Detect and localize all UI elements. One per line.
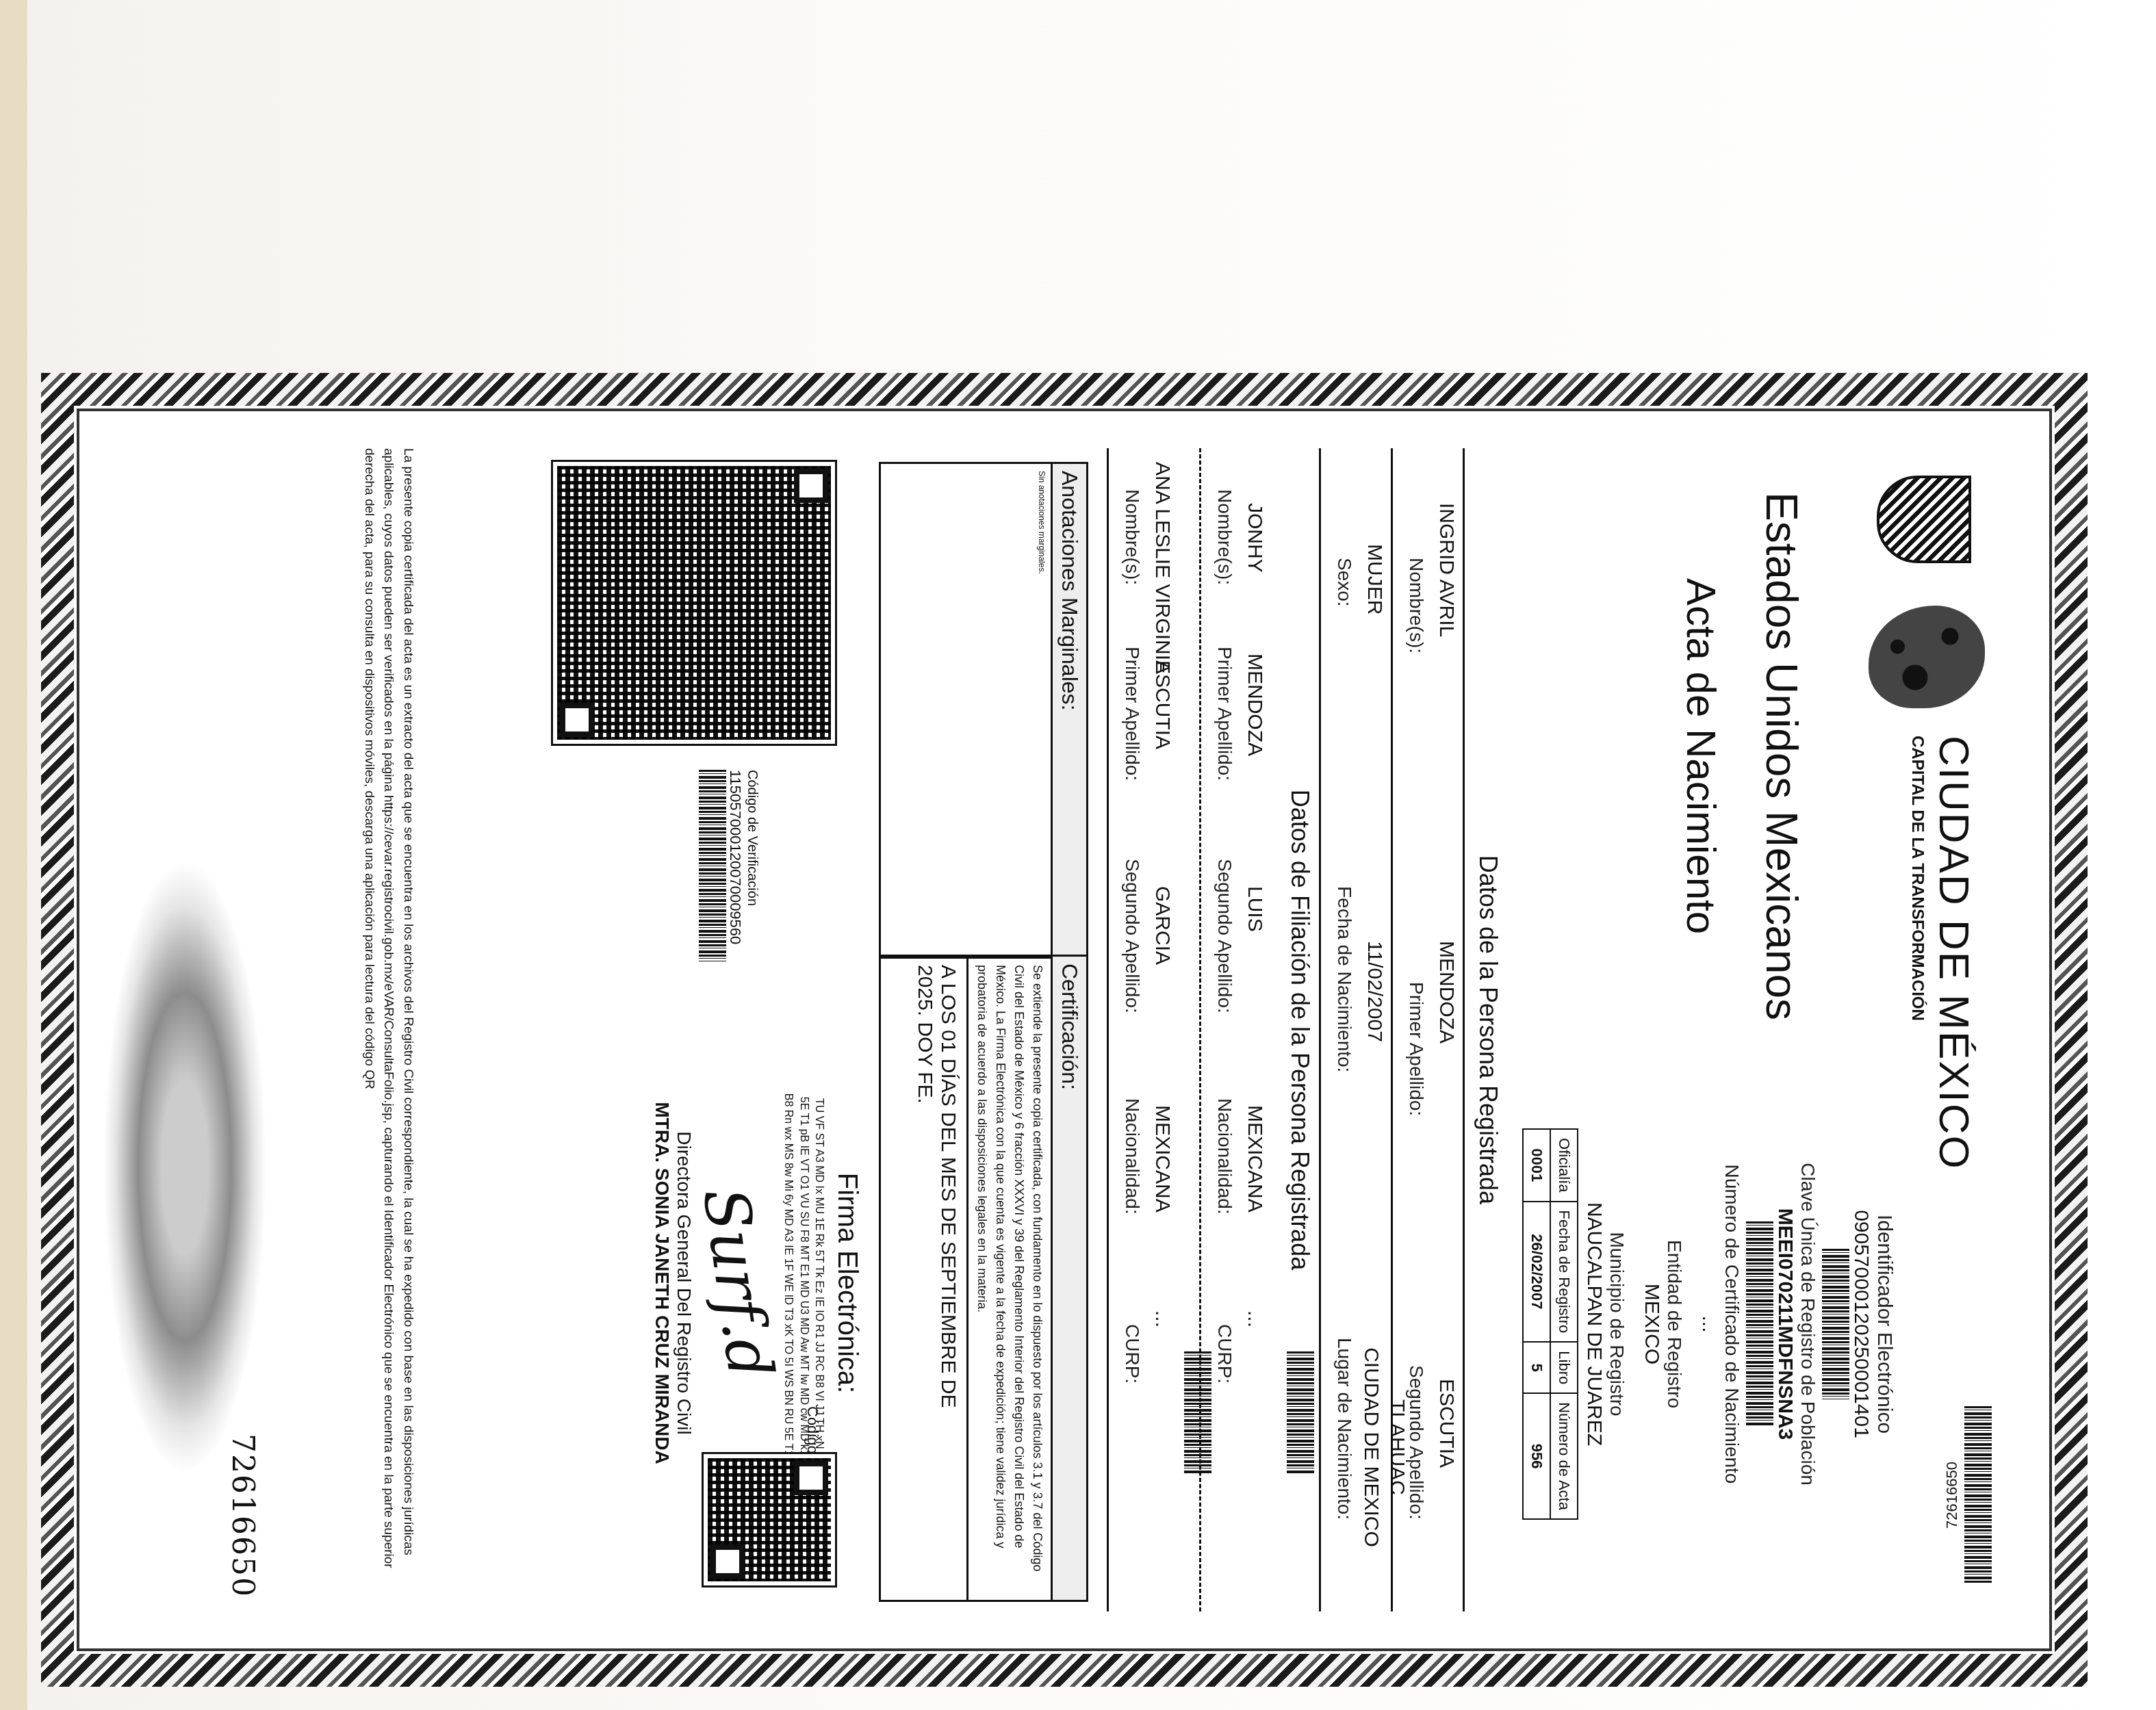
parent2-nombre-label: Nombre(s): — [1121, 489, 1143, 585]
electronic-id-value: 09057000120250001401 — [1849, 1064, 1873, 1584]
header-barcode-block: 72616650 — [1943, 1406, 1992, 1584]
parent1-nacionalidad-label: Nacionalidad: — [1214, 1098, 1235, 1215]
person-lugar-nacimiento-line-2: CIUDAD DE MEXICO — [1359, 1310, 1385, 1584]
large-qr-code — [553, 462, 835, 744]
footer-line-1: La presente copia certificada del acta e… — [398, 448, 418, 1611]
certification-box: Certificación: Se extiende la presente c… — [879, 955, 1088, 1602]
parent1-segundo-apellido-label: Segundo Apellido: — [1214, 859, 1235, 1013]
registry-header-fecha: Fecha de Registro — [1550, 1202, 1578, 1343]
divider — [1463, 448, 1465, 1611]
background-table-edge — [0, 0, 27, 1710]
registry-value-oficialia: 0001 — [1523, 1129, 1550, 1201]
divider — [1199, 448, 1201, 1611]
document-title: Acta de Nacimiento — [1678, 448, 1725, 1064]
header-barcode — [1964, 1406, 1992, 1584]
registry-header-libro: Libro — [1550, 1342, 1578, 1393]
parent1-curp-barcode — [1184, 1351, 1211, 1475]
registry-header-acta: Número de Acta — [1550, 1393, 1578, 1519]
person-primer-apellido-label: Primer Apellido: — [1405, 982, 1427, 1116]
parent1-nacionalidad-value: MEXICANA — [1243, 1105, 1266, 1213]
annotations-box: Anotaciones Marginales: Sin anotaciones … — [879, 462, 1088, 959]
verification-label: Código de Verificación — [744, 770, 760, 961]
logo-city-name: CIUDAD DE MÉXICO — [1929, 736, 1978, 1170]
electronic-id-label: Identificador Electrónico — [1873, 1064, 1896, 1584]
registry-table-value-row: 0001 26/02/2007 5 956 — [1523, 1129, 1550, 1519]
footer-line-2: aplicables, cuyos datos pueden ser verif… — [378, 448, 398, 1611]
cdmx-map-logo-icon — [1869, 606, 1985, 708]
certification-date-line-2: 2025. DOY FE. — [913, 965, 936, 1592]
parent1-segundo-apellido-value: LUIS — [1243, 886, 1266, 932]
parent1-nombre-value: JONHY — [1243, 503, 1266, 573]
person-nombre-value: INGRID AVRIL — [1435, 503, 1458, 637]
curp-value: MEEI070211MDFNSNA3 — [1773, 1064, 1797, 1584]
curp-label: Clave Única de Registro de Población — [1797, 1064, 1819, 1584]
parent1-curp-value: ... — [1243, 1310, 1266, 1327]
footer-line-3: derecha del acta, para su consulta en di… — [359, 448, 379, 1611]
footer-disclaimer: La presente copia certificada del acta e… — [359, 448, 418, 1611]
verification-value: 115057000120070009560 — [726, 770, 744, 961]
person-segundo-apellido-value: ESCUTIA — [1435, 1379, 1458, 1468]
document-content: CIUDAD DE MÉXICO CAPITAL DE LA TRANSFORM… — [116, 448, 2012, 1611]
registry-value-acta: 956 — [1523, 1393, 1550, 1519]
identifiers-block: Identificador Electrónico 09057000120250… — [1522, 1064, 1896, 1584]
registered-person-section-title: Datos de la Persona Registrada — [1474, 448, 1502, 1611]
small-qr-code — [704, 1454, 835, 1585]
person-fecha-nacimiento-value: 11/02/2007 — [1363, 941, 1386, 1042]
filiation-barcode — [1287, 1351, 1314, 1475]
certification-date: A LOS 01 DÍAS DEL MES DE SEPTIEMBRE DE 2… — [906, 957, 968, 1600]
person-primer-apellido-value: MENDOZA — [1435, 941, 1458, 1044]
municipality-value: NAUCALPAN DE JUAREZ — [1582, 1064, 1606, 1584]
certification-title: Certificación: — [1051, 957, 1086, 1600]
parent2-segundo-apellido-value: GARCIA — [1151, 886, 1174, 965]
annotations-title: Anotaciones Marginales: — [1051, 464, 1086, 957]
parent2-curp-value: ... — [1151, 1310, 1174, 1327]
certification-text: Se extiende la presente copia certificad… — [968, 957, 1051, 1600]
registry-table-header-row: Oficialía Fecha de Registro Libro Número… — [1550, 1129, 1578, 1519]
parent2-primer-apellido-label: Primer Apellido: — [1121, 647, 1143, 781]
person-sexo-value: MUJER — [1363, 544, 1386, 614]
person-nombre-label: Nombre(s): — [1405, 558, 1427, 653]
parent2-nacionalidad-label: Nacionalidad: — [1121, 1098, 1143, 1215]
cert-number-value: ... — [1697, 1064, 1721, 1584]
person-lugar-nacimiento-value: TLAHUAC CIUDAD DE MEXICO — [1359, 1310, 1410, 1584]
entity-label: Entidad de Registro — [1663, 1064, 1685, 1584]
parent1-curp-label: CURP: — [1214, 1324, 1235, 1384]
certification-date-line-1: A LOS 01 DÍAS DEL MES DE SEPTIEMBRE DE — [936, 965, 960, 1592]
logo-tagline: CAPITAL DE LA TRANSFORMACIÓN — [1908, 736, 1927, 1021]
serial-number: 72616650 — [225, 1434, 260, 1598]
birth-certificate-document: CIUDAD DE MÉXICO CAPITAL DE LA TRANSFORM… — [41, 373, 2088, 1687]
person-sexo-label: Sexo: — [1333, 558, 1355, 607]
person-fecha-nacimiento-label: Fecha de Nacimiento: — [1333, 886, 1355, 1072]
municipality-label: Municipio de Registro — [1606, 1064, 1628, 1584]
firma-title: Firma Electrónica: — [832, 968, 862, 1598]
parent2-nacionalidad-value: MEXICANA — [1151, 1105, 1174, 1213]
annotations-text: Sin anotaciones marginales. — [1033, 464, 1051, 957]
parent1-primer-apellido-value: MENDOZA — [1243, 653, 1266, 756]
person-lugar-nacimiento-label: Lugar de Nacimiento: — [1333, 1338, 1355, 1520]
cert-number-label: Número de Certificado de Nacimiento — [1721, 1064, 1743, 1584]
coat-of-arms-icon — [1877, 476, 1971, 563]
signer-name: MTRA. SONIA JANETH CRUZ MIRANDA — [651, 968, 673, 1598]
parent2-nombre-value: ANA LESLIE VIRGINIA — [1151, 462, 1174, 674]
verification-block: Código de Verificación 11505700012007000… — [695, 770, 760, 961]
entity-value: MEXICO — [1640, 1064, 1663, 1584]
curp-barcode — [1746, 1221, 1773, 1427]
registry-value-libro: 5 — [1523, 1342, 1550, 1393]
registry-header-oficialia: Oficialía — [1550, 1129, 1578, 1201]
registry-table: Oficialía Fecha de Registro Libro Número… — [1522, 1128, 1578, 1520]
registry-value-fecha: 26/02/2007 — [1523, 1202, 1550, 1343]
parent2-curp-label: CURP: — [1121, 1324, 1143, 1384]
electronic-id-barcode — [1822, 1249, 1849, 1399]
country-title: Estados Unidos Mexicanos — [1756, 448, 1807, 1064]
verification-barcode — [699, 770, 726, 961]
parent2-primer-apellido-value: ESCUTIA — [1151, 660, 1174, 749]
parent1-primer-apellido-label: Primer Apellido: — [1214, 647, 1235, 781]
divider — [1319, 448, 1321, 1611]
person-lugar-nacimiento-line-1: TLAHUAC — [1385, 1310, 1411, 1584]
parent2-segundo-apellido-label: Segundo Apellido: — [1121, 859, 1143, 1013]
divider — [1107, 448, 1109, 1611]
parent1-nombre-label: Nombre(s): — [1214, 489, 1235, 585]
header-barcode-number: 72616650 — [1943, 1406, 1961, 1584]
decorative-seal-icon — [103, 859, 267, 1475]
